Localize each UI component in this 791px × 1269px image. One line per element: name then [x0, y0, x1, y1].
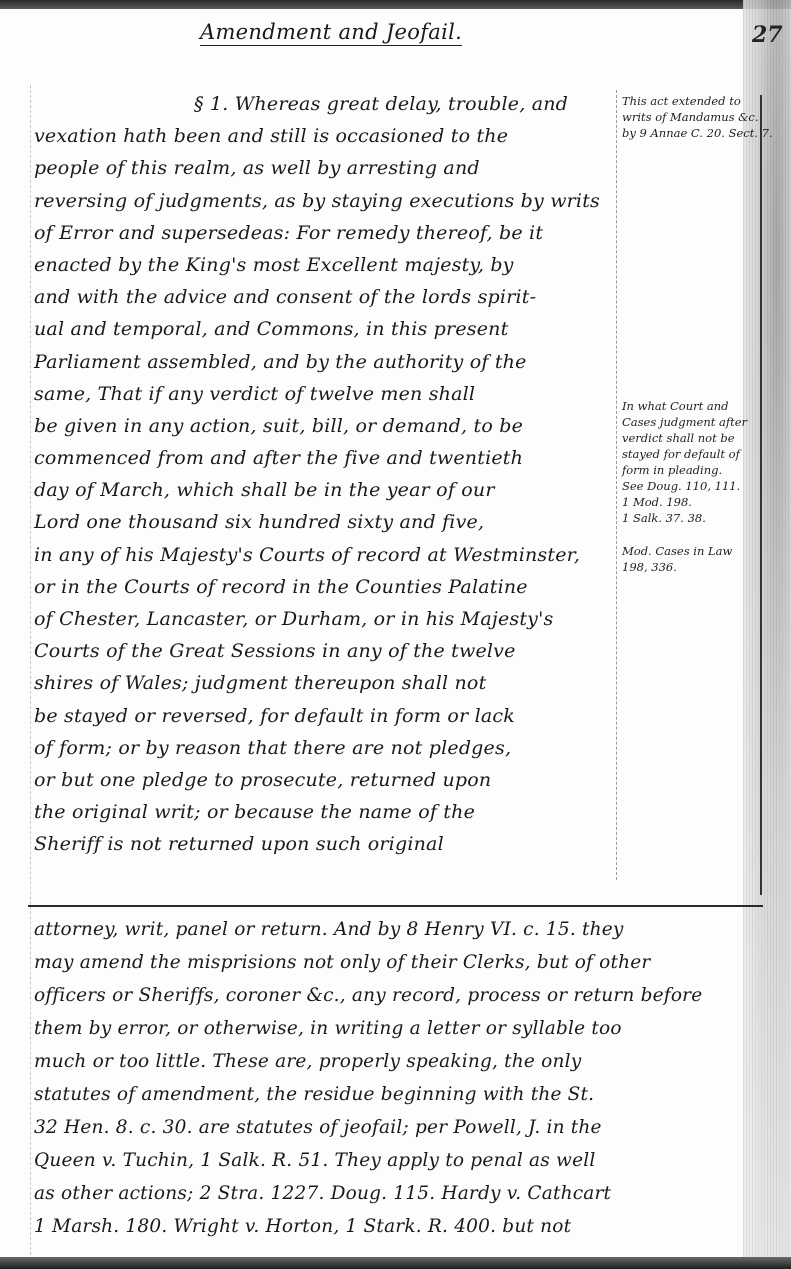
text-line: Parliament assembled, and by the authori… — [34, 346, 614, 378]
text-line: ual and temporal, and Commons, in this p… — [34, 313, 614, 345]
margin-note-line: form in pleading. — [622, 462, 762, 478]
margin-note-line: verdict shall not be — [622, 430, 762, 446]
text-line: Queen v. Tuchin, 1 Salk. R. 51. They app… — [34, 1144, 754, 1177]
text-line: may amend the misprisions not only of th… — [34, 946, 754, 979]
text-line: 1 Marsh. 180. Wright v. Horton, 1 Stark.… — [34, 1210, 754, 1243]
text-line: Courts of the Great Sessions in any of t… — [34, 635, 614, 667]
text-line: statutes of amendment, the residue begin… — [34, 1078, 754, 1111]
text-line: Lord one thousand six hundred sixty and … — [34, 506, 614, 538]
text-line: of form; or by reason that there are not… — [34, 732, 614, 764]
text-line: of Error and supersedeas: For remedy the… — [34, 217, 614, 249]
margin-note-line: 198, 336. — [622, 559, 762, 575]
text-line: same, That if any verdict of twelve men … — [34, 378, 614, 410]
margin-note-court-cases: In what Court andCases judgment afterver… — [622, 398, 762, 526]
commentary-text: attorney, writ, panel or return. And by … — [34, 913, 754, 1243]
text-line: reversing of judgments, as by staying ex… — [34, 185, 614, 217]
text-line: be given in any action, suit, bill, or d… — [34, 410, 614, 442]
text-line: vexation hath been and still is occasion… — [34, 120, 614, 152]
margin-note-mod-cases: Mod. Cases in Law198, 336. — [622, 543, 762, 575]
page-number: 27 — [752, 22, 783, 48]
text-line: commenced from and after the five and tw… — [34, 442, 614, 474]
margin-note-line: Mod. Cases in Law — [622, 543, 762, 559]
text-line: and with the advice and consent of the l… — [34, 281, 614, 313]
statute-text: § 1. Whereas great delay, trouble, andve… — [34, 88, 614, 861]
text-line: them by error, or otherwise, in writing … — [34, 1012, 754, 1045]
text-line: officers or Sheriffs, coroner &c., any r… — [34, 979, 754, 1012]
text-line: or in the Courts of record in the Counti… — [34, 571, 614, 603]
margin-note-line: In what Court and — [622, 398, 762, 414]
text-line: in any of his Majesty's Courts of record… — [34, 539, 614, 571]
section-divider-rule — [28, 905, 763, 907]
text-line: Sheriff is not returned upon such origin… — [34, 828, 614, 860]
text-line: people of this realm, as well by arresti… — [34, 152, 614, 184]
text-line: or but one pledge to prosecute, returned… — [34, 764, 614, 796]
text-line: day of March, which shall be in the year… — [34, 474, 614, 506]
text-line: enacted by the King's most Excellent maj… — [34, 249, 614, 281]
text-line: attorney, writ, panel or return. And by … — [34, 913, 754, 946]
scan-top-edge — [0, 0, 791, 9]
margin-note-line: writs of Mandamus &c. — [622, 109, 762, 125]
margin-note-line: This act extended to — [622, 93, 762, 109]
text-line: as other actions; 2 Stra. 1227. Doug. 11… — [34, 1177, 754, 1210]
text-line: shires of Wales; judgment thereupon shal… — [34, 667, 614, 699]
column-divider — [616, 90, 617, 880]
page-title: Amendment and Jeofail. — [200, 20, 462, 46]
margin-note-line: 1 Mod. 198. — [622, 494, 762, 510]
margin-note-line: Cases judgment after — [622, 414, 762, 430]
margin-note-line: 1 Salk. 37. 38. — [622, 510, 762, 526]
text-line: 32 Hen. 8. c. 30. are statutes of jeofai… — [34, 1111, 754, 1144]
margin-note-line: by 9 Annae C. 20. Sect. 7. — [622, 125, 762, 141]
text-line: be stayed or reversed, for default in fo… — [34, 700, 614, 732]
margin-note-line: stayed for default of — [622, 446, 762, 462]
text-line: the original writ; or because the name o… — [34, 796, 614, 828]
text-line: § 1. Whereas great delay, trouble, and — [34, 88, 614, 120]
margin-note-mandamus: This act extended towrits of Mandamus &c… — [622, 93, 762, 141]
text-line: of Chester, Lancaster, or Durham, or in … — [34, 603, 614, 635]
margin-note-line: See Doug. 110, 111. — [622, 478, 762, 494]
scan-bottom-edge — [0, 1257, 791, 1269]
margin-rule-left — [30, 85, 31, 1255]
text-line: much or too little. These are, properly … — [34, 1045, 754, 1078]
